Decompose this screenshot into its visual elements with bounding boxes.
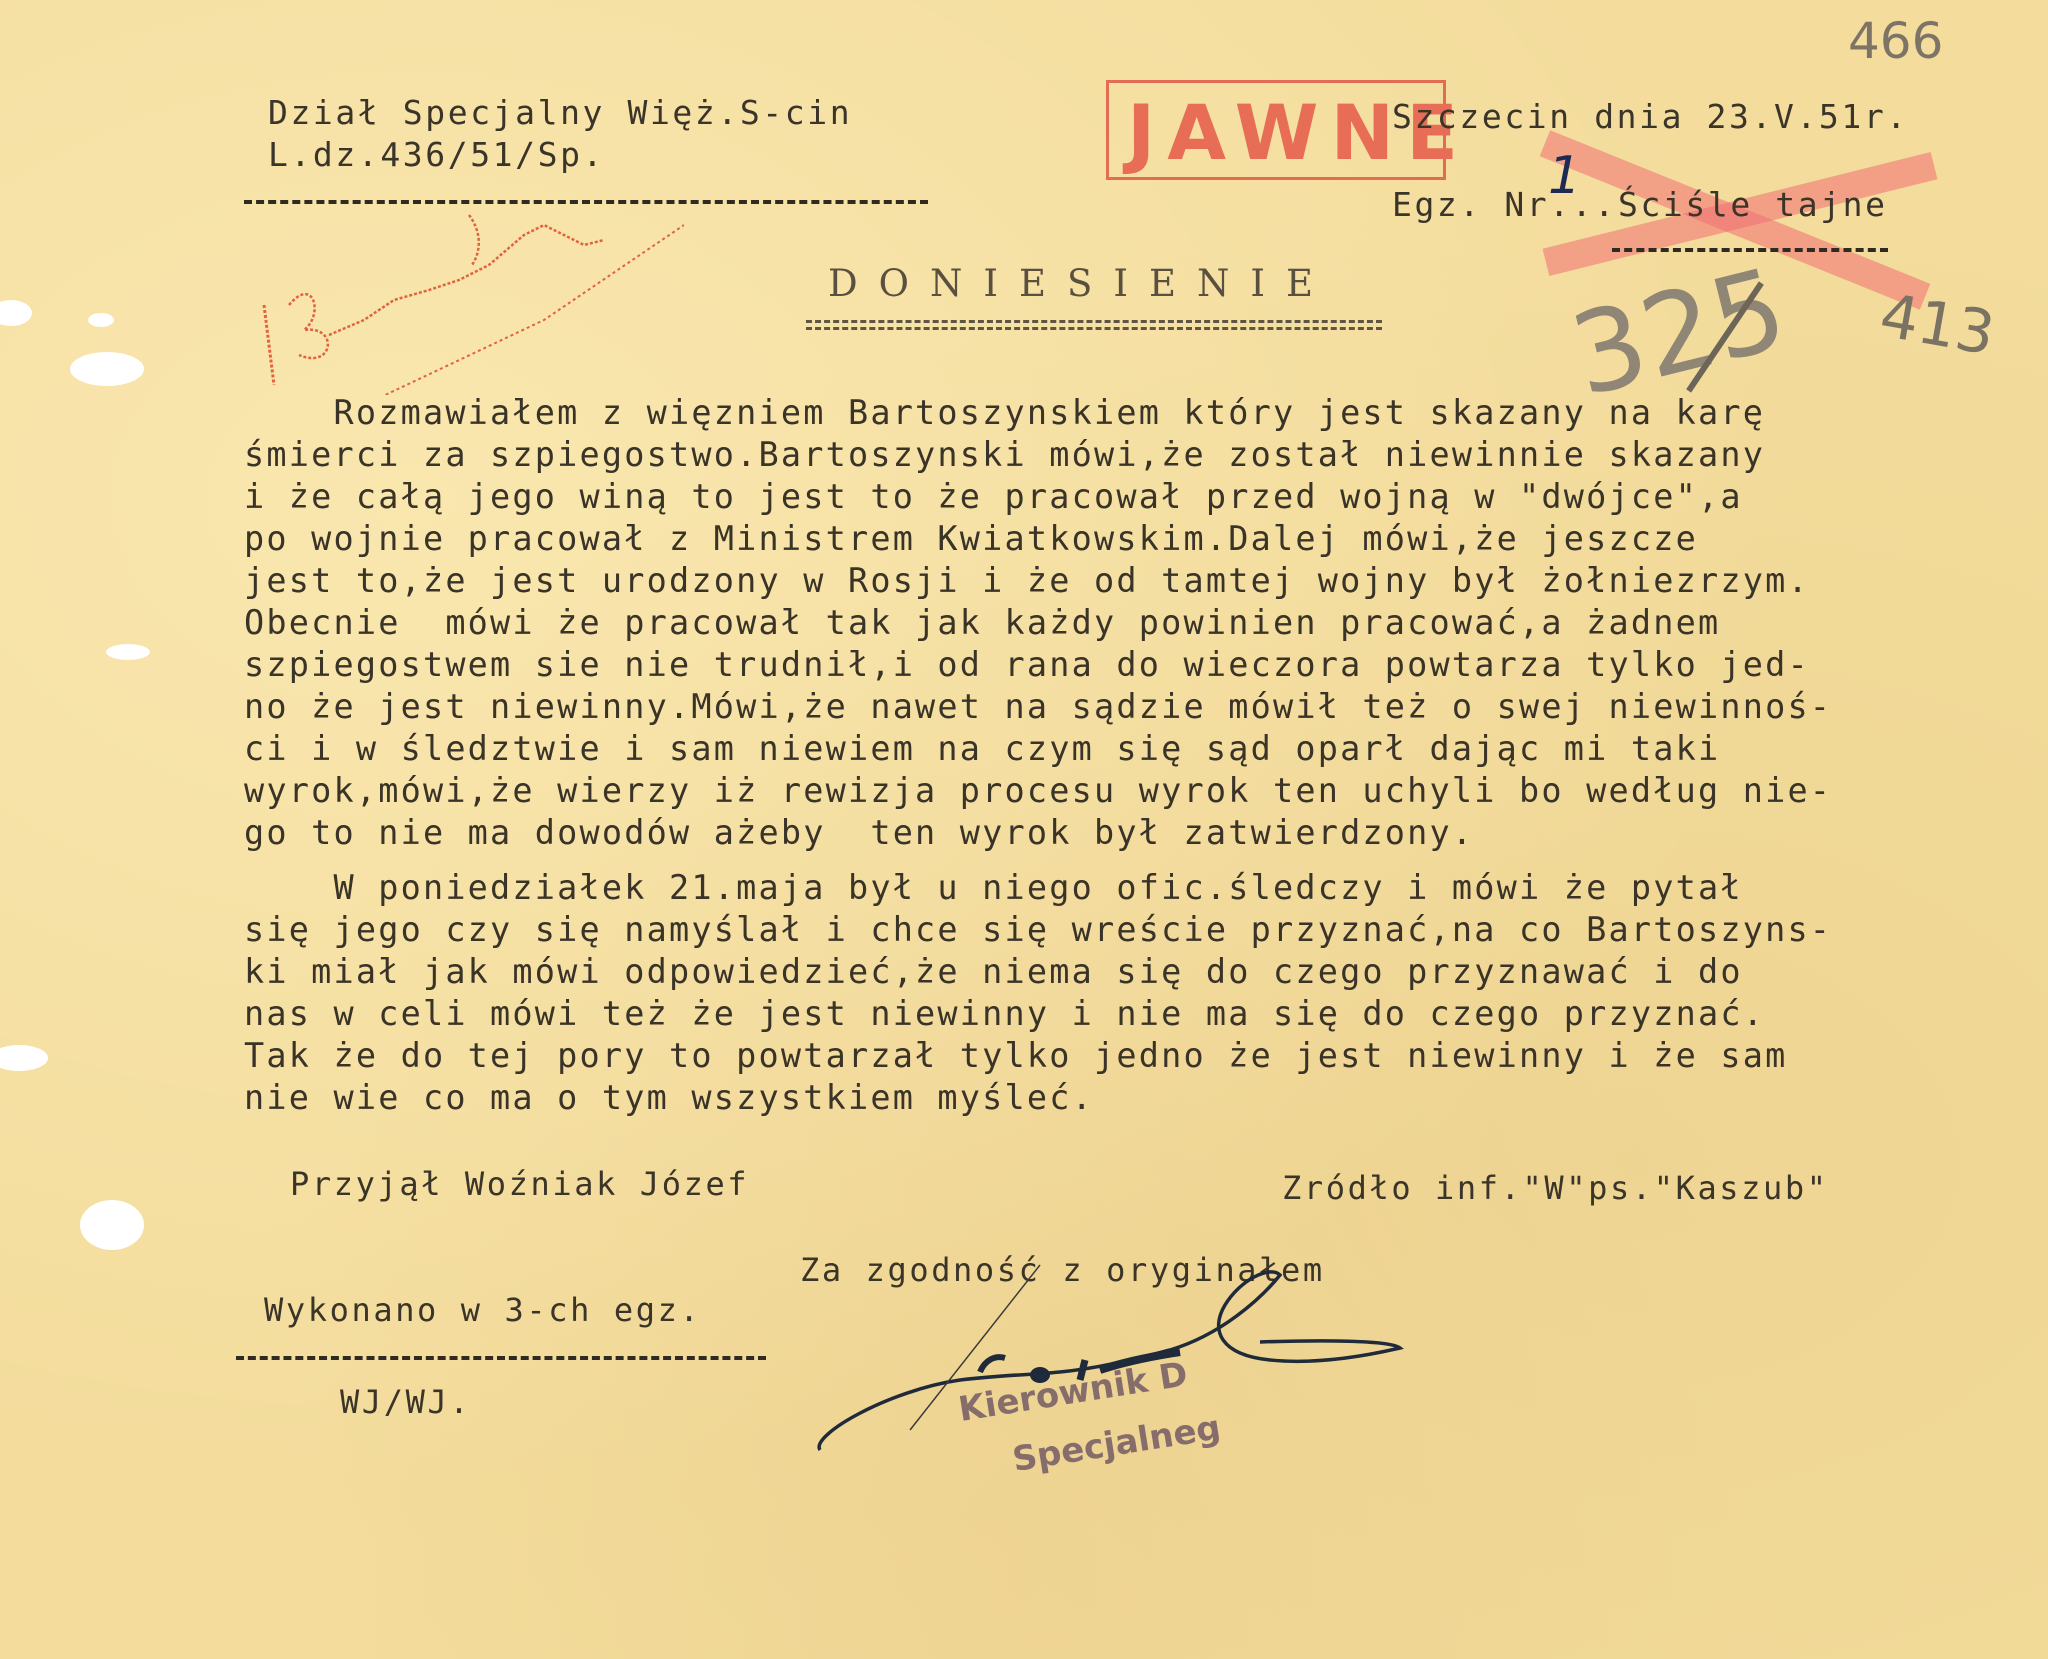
body-line: Rozmawiałem z więzniem Bartoszynskiem kt… bbox=[244, 393, 1765, 432]
body-line: się jego czy się namyślał i chce się wre… bbox=[244, 910, 1832, 949]
body-line: ci i w śledztwie i sam niewiem na czym s… bbox=[244, 729, 1720, 768]
copy-number-label: Egz. Nr... bbox=[1392, 188, 1617, 221]
body-line: wyrok,mówi,że wierzy iż rewizja procesu … bbox=[244, 771, 1832, 810]
body-line: Obecnie mówi że pracował tak jak każdy p… bbox=[244, 603, 1720, 642]
body-line: nie wie co ma o tym wszystkiem myśleć. bbox=[244, 1078, 1094, 1117]
reference-number: L.dz.436/51/Sp. bbox=[268, 138, 605, 171]
title-underline bbox=[806, 327, 1382, 330]
body-line: nas w celi mówi też że jest niewinny i n… bbox=[244, 994, 1765, 1033]
department-name: Dział Specjalny Więż.S-cin bbox=[268, 96, 852, 129]
svg-text:Bartosz: Bartosz bbox=[249, 205, 316, 214]
body-line: szpiegostwem sie nie trudnił,i od rana d… bbox=[244, 645, 1810, 684]
received-by: Przyjął Woźniak Józef bbox=[290, 1168, 749, 1200]
typist-initials: WJ/WJ. bbox=[340, 1386, 471, 1418]
body-line: śmierci za szpiegostwo.Bartoszynski mówi… bbox=[244, 435, 1765, 474]
punch-hole bbox=[70, 352, 144, 386]
classification-label: Ściśle tajne bbox=[1618, 188, 1888, 221]
body-line: W poniedziałek 21.maja był u niego ofic.… bbox=[244, 868, 1743, 907]
punch-hole bbox=[0, 300, 32, 326]
information-source: Zródło inf."W"ps."Kaszub" bbox=[1282, 1172, 1829, 1204]
red-pencil-annotation: Bartosz bbox=[244, 205, 684, 395]
pencil-reference-2: 413 bbox=[1875, 281, 2000, 370]
copy-number-handwritten: 1 bbox=[1548, 146, 1581, 206]
footer-divider bbox=[236, 1356, 766, 1360]
body-line: i że całą jego winą to jest to że pracow… bbox=[244, 477, 1743, 516]
place-and-date: Szczecin dnia 23.V.51r. bbox=[1392, 100, 1909, 133]
body-line: jest to,że jest urodzony w Rosji i że od… bbox=[244, 561, 1810, 600]
body-line: ki miał jak mówi odpowiedzieć,że niema s… bbox=[244, 952, 1743, 991]
body-line: po wojnie pracował z Ministrem Kwiatkows… bbox=[244, 519, 1698, 558]
page-number-annotation: 466 bbox=[1848, 12, 1943, 70]
punch-hole bbox=[0, 1045, 48, 1071]
punch-hole bbox=[106, 644, 150, 660]
document-title: DONIESIENIE bbox=[828, 262, 1334, 305]
body-line: go to nie ma dowodów ażeby ten wyrok był… bbox=[244, 813, 1474, 852]
copies-made: Wykonano w 3-ch egz. bbox=[264, 1294, 701, 1326]
punch-hole bbox=[80, 1200, 144, 1250]
header-divider bbox=[244, 200, 928, 204]
body-line: Tak że do tej pory to powtarzał tylko je… bbox=[244, 1036, 1787, 1075]
punch-hole bbox=[88, 313, 114, 327]
body-line: no że jest niewinny.Mówi,że nawet na sąd… bbox=[244, 687, 1832, 726]
title-underline bbox=[806, 320, 1382, 323]
